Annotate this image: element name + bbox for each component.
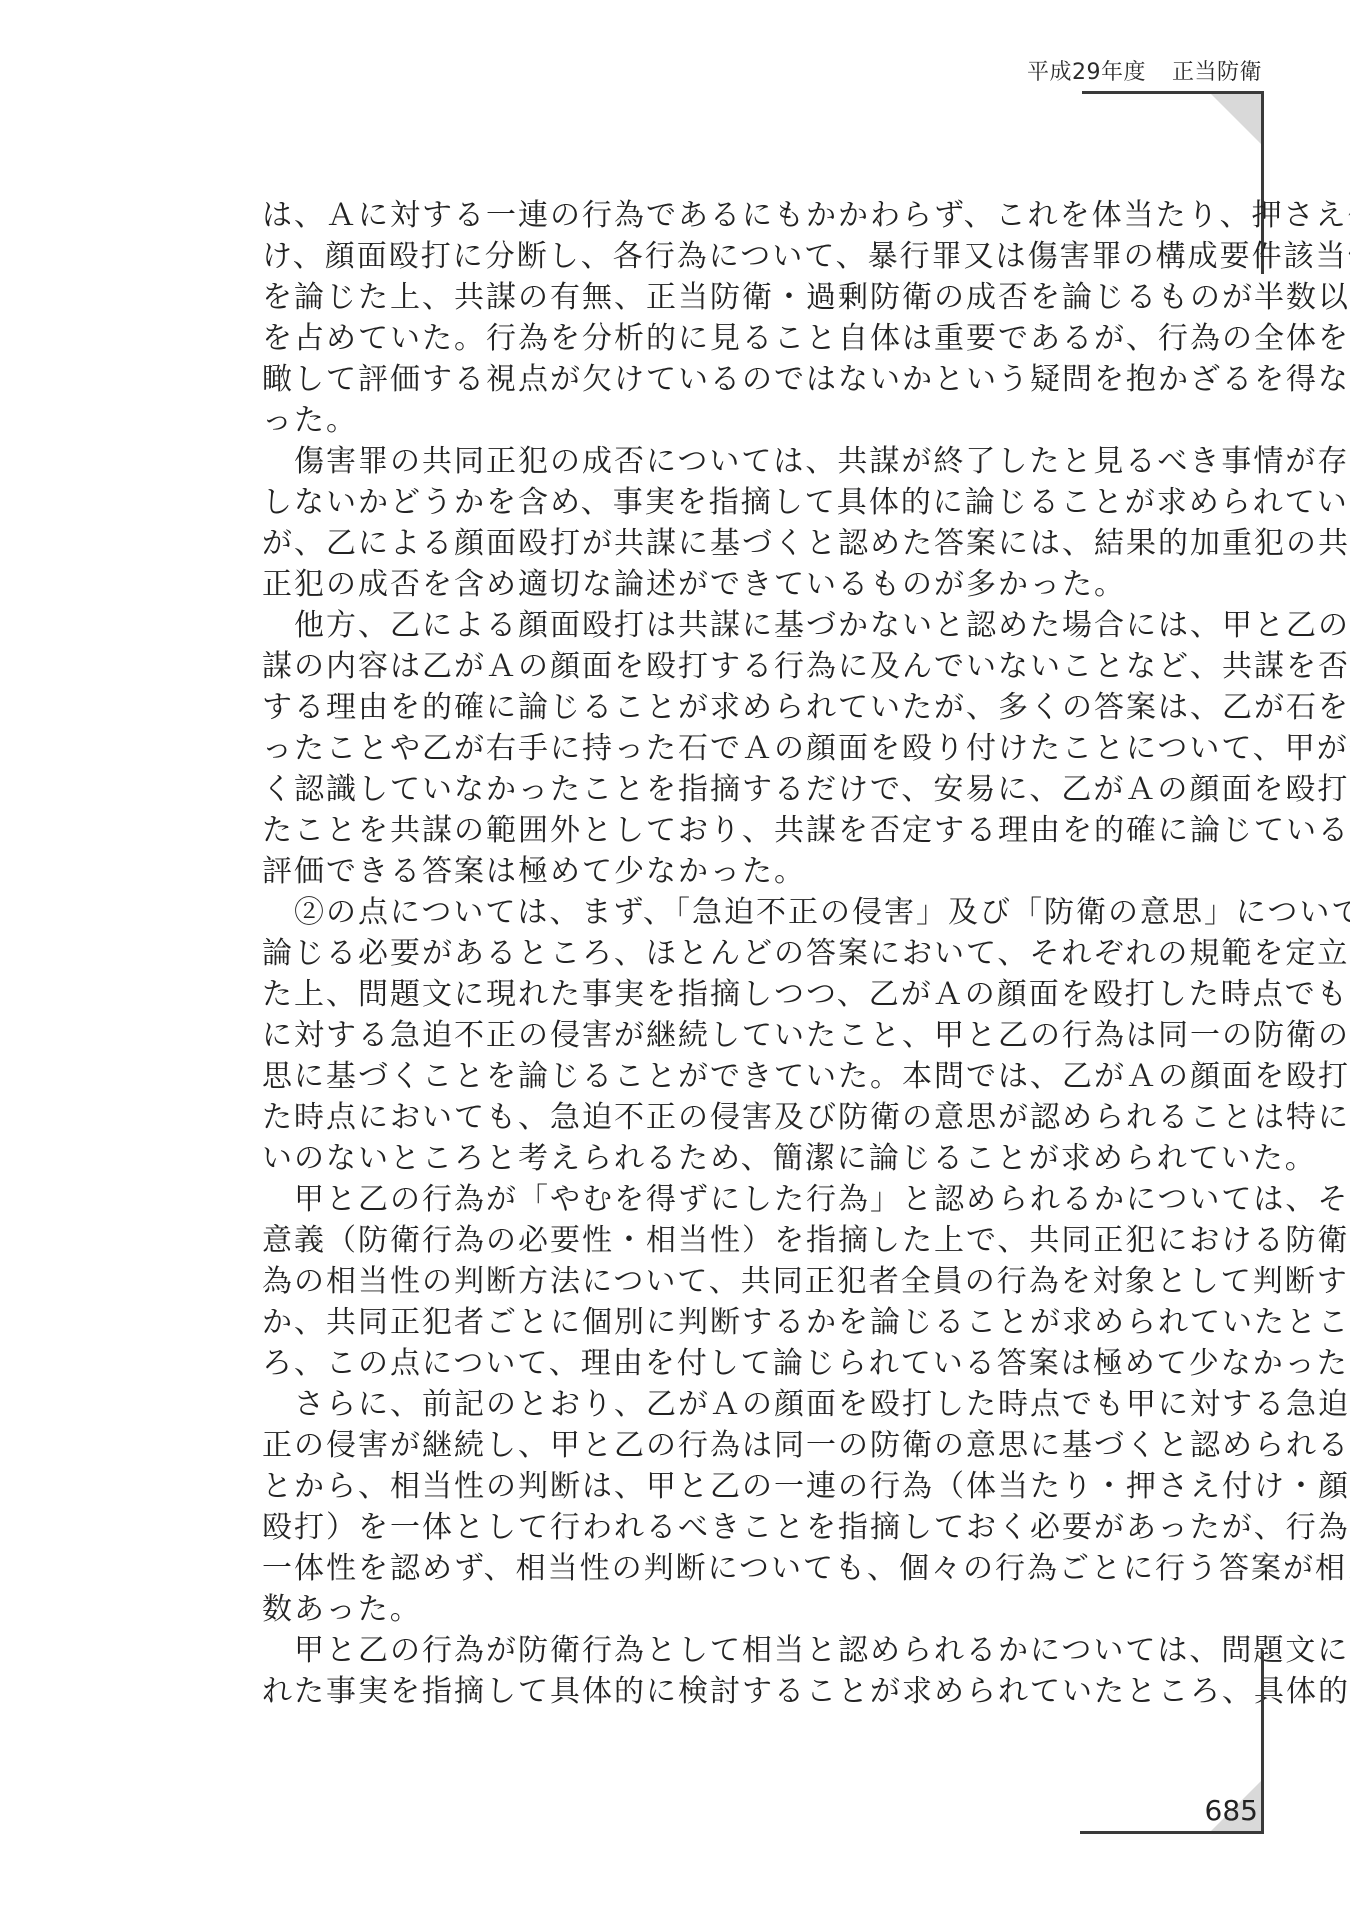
text-line: 瞰して評価する視点が欠けているのではないかという疑問を抱かざるを得なか bbox=[262, 359, 1242, 400]
text-line: さらに、前記のとおり、乙がＡの顔面を殴打した時点でも甲に対する急迫不 bbox=[262, 1384, 1242, 1425]
header-topic: 正当防衛 bbox=[1172, 60, 1262, 85]
text-line: を論じた上、共謀の有無、正当防衛・過剰防衛の成否を論じるものが半数以上 bbox=[262, 277, 1242, 318]
text-line: する理由を的確に論じることが求められていたが、多くの答案は、乙が石を拾 bbox=[262, 687, 1242, 728]
text-line: 謀の内容は乙がＡの顔面を殴打する行為に及んでいないことなど、共謀を否定 bbox=[262, 646, 1242, 687]
text-line: た上、問題文に現れた事実を指摘しつつ、乙がＡの顔面を殴打した時点でも甲 bbox=[262, 974, 1242, 1015]
text-line: 一体性を認めず、相当性の判断についても、個々の行為ごとに行う答案が相当 bbox=[262, 1548, 1242, 1589]
text-line: を占めていた。行為を分析的に見ること自体は重要であるが、行為の全体を俯 bbox=[262, 318, 1242, 359]
page-number: 685 bbox=[1160, 1793, 1258, 1829]
text-line: ろ、この点について、理由を付して論じられている答案は極めて少なかった。 bbox=[262, 1343, 1242, 1384]
running-header: 平成29年度正当防衛 bbox=[1027, 58, 1262, 88]
text-line: れた事実を指摘して具体的に検討することが求められていたところ、具体的な bbox=[262, 1671, 1242, 1712]
text-line: 思に基づくことを論じることができていた。本問では、乙がＡの顔面を殴打し bbox=[262, 1056, 1242, 1097]
text-line: ったことや乙が右手に持った石でＡの顔面を殴り付けたことについて、甲が全 bbox=[262, 728, 1242, 769]
text-line: 論じる必要があるところ、ほとんどの答案において、それぞれの規範を定立し bbox=[262, 933, 1242, 974]
text-line: 正の侵害が継続し、甲と乙の行為は同一の防衛の意思に基づくと認められるこ bbox=[262, 1425, 1242, 1466]
text-line: 殴打）を一体として行われるべきことを指摘しておく必要があったが、行為の bbox=[262, 1507, 1242, 1548]
text-line: しないかどうかを含め、事実を指摘して具体的に論じることが求められていた bbox=[262, 482, 1242, 523]
bottom-bracket-vertical-rule bbox=[1261, 1650, 1264, 1834]
text-line: は、Ａに対する一連の行為であるにもかかわらず、これを体当たり、押さえ付 bbox=[262, 195, 1242, 236]
text-line: 正犯の成否を含め適切な論述ができているものが多かった。 bbox=[262, 564, 1242, 605]
text-line: たことを共謀の範囲外としており、共謀を否定する理由を的確に論じていると bbox=[262, 810, 1242, 851]
text-line: ②の点については、まず、「急迫不正の侵害」及び「防衛の意思」について bbox=[262, 892, 1242, 933]
body-text: は、Ａに対する一連の行為であるにもかかわらず、これを体当たり、押さえ付 け、顔面… bbox=[262, 195, 1242, 1712]
text-line: 数あった。 bbox=[262, 1589, 1242, 1630]
text-line: 為の相当性の判断方法について、共同正犯者全員の行為を対象として判断する bbox=[262, 1261, 1242, 1302]
bottom-bracket-horizontal-rule bbox=[1080, 1831, 1264, 1834]
text-line: に対する急迫不正の侵害が継続していたこと、甲と乙の行為は同一の防衛の意 bbox=[262, 1015, 1242, 1056]
text-line: く認識していなかったことを指摘するだけで、安易に、乙がＡの顔面を殴打し bbox=[262, 769, 1242, 810]
header-year: 平成29年度 bbox=[1027, 60, 1146, 85]
text-line: か、共同正犯者ごとに個別に判断するかを論じることが求められていたとこ bbox=[262, 1302, 1242, 1343]
text-line: が、乙による顔面殴打が共謀に基づくと認めた答案には、結果的加重犯の共同 bbox=[262, 523, 1242, 564]
text-line: った。 bbox=[262, 400, 1242, 441]
text-line: 甲と乙の行為が防衛行為として相当と認められるかについては、問題文に現 bbox=[262, 1630, 1242, 1671]
text-line: た時点においても、急迫不正の侵害及び防衛の意思が認められることは特に争 bbox=[262, 1097, 1242, 1138]
text-line: 意義（防衛行為の必要性・相当性）を指摘した上で、共同正犯における防衛行 bbox=[262, 1220, 1242, 1261]
text-line: 傷害罪の共同正犯の成否については、共謀が終了したと見るべき事情が存在 bbox=[262, 441, 1242, 482]
text-line: とから、相当性の判断は、甲と乙の一連の行為（体当たり・押さえ付け・顔面 bbox=[262, 1466, 1242, 1507]
text-line: 他方、乙による顔面殴打は共謀に基づかないと認めた場合には、甲と乙の共 bbox=[262, 605, 1242, 646]
text-line: 評価できる答案は極めて少なかった。 bbox=[262, 851, 1242, 892]
text-line: いのないところと考えられるため、簡潔に論じることが求められていた。 bbox=[262, 1138, 1242, 1179]
text-line: け、顔面殴打に分断し、各行為について、暴行罪又は傷害罪の構成要件該当性 bbox=[262, 236, 1242, 277]
top-corner-triangle-icon bbox=[1211, 94, 1261, 144]
text-line: 甲と乙の行為が「やむを得ずにした行為」と認められるかについては、その bbox=[262, 1179, 1242, 1220]
